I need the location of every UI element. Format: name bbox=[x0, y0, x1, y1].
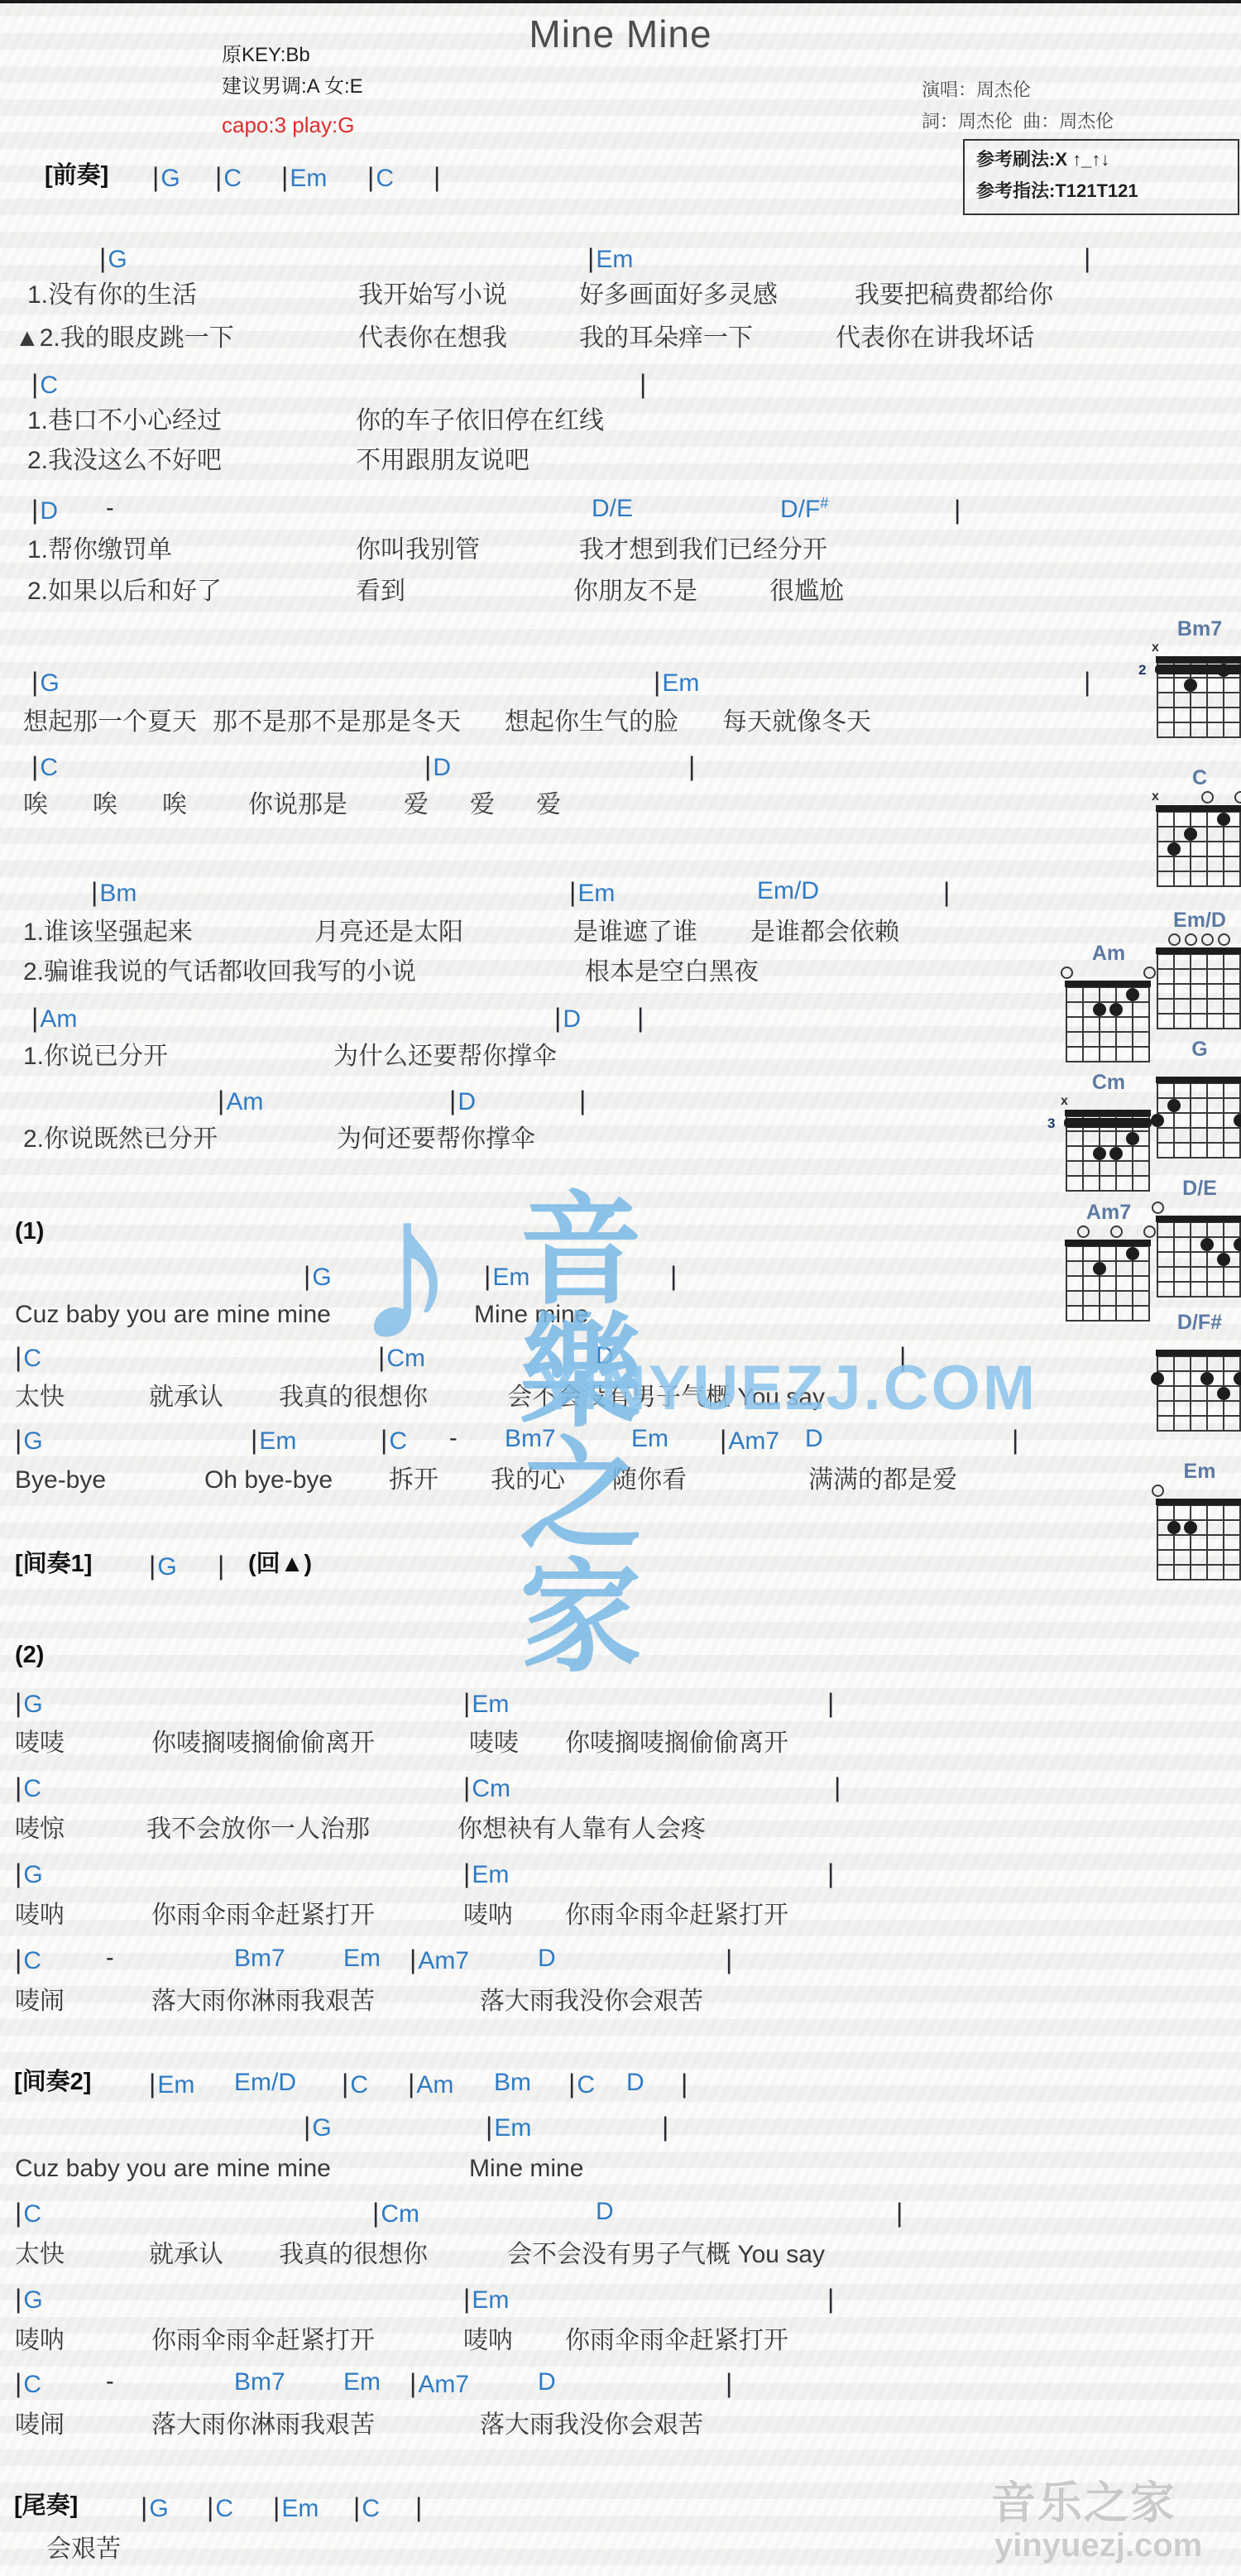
bar-line: | bbox=[15, 2368, 23, 2398]
chord-token: Bm7 bbox=[234, 1945, 285, 1974]
chord-token: |Em bbox=[484, 1261, 529, 1293]
score-line: 2.如果以后和好了看到你朋友不是很尴尬 bbox=[0, 578, 1241, 611]
score-line: |C-Bm7Em|Am7D| bbox=[0, 1945, 1241, 1978]
chord-token: |Am7 bbox=[410, 1945, 469, 1976]
chord-token: | bbox=[1084, 667, 1092, 698]
chord-token: | bbox=[827, 1688, 836, 1720]
lyric-token: 我不会放你一人治那 bbox=[146, 1816, 370, 1844]
lyric-token: 唉 bbox=[23, 791, 48, 820]
chord-token: | bbox=[218, 1551, 226, 1582]
section-label: [前奏] bbox=[45, 162, 108, 189]
bar-line: | bbox=[152, 162, 161, 192]
fretboard-grid bbox=[1066, 1245, 1150, 1322]
suggested-key: 建议男调:A 女:E bbox=[222, 70, 363, 98]
lyric-token: 唛呐 bbox=[463, 2327, 513, 2356]
finger-dot bbox=[1217, 1253, 1230, 1266]
bar-line: | bbox=[486, 2112, 494, 2142]
chord-token: |G bbox=[149, 1551, 177, 1582]
chord-token: |Bm bbox=[91, 877, 137, 909]
score-line: 1.帮你缴罚单你叫我别管我才想到我们已经分开 bbox=[0, 536, 1241, 569]
chord-token: |C bbox=[353, 2492, 380, 2524]
chord-diagram-label: C bbox=[1157, 766, 1241, 790]
bar-line: | bbox=[681, 2069, 689, 2099]
fretboard-grid bbox=[1157, 1082, 1241, 1158]
bar-line: | bbox=[434, 162, 442, 192]
lyric-token: 唛闹 bbox=[15, 2411, 65, 2440]
chord-token: |Em bbox=[251, 1425, 296, 1456]
chord-token: | bbox=[670, 1261, 678, 1293]
section-label: [尾奏] bbox=[14, 2492, 78, 2520]
lyric-token: 你雨伞雨伞赶紧打开 bbox=[565, 2327, 788, 2356]
lyric-token: 太快 bbox=[15, 2241, 65, 2270]
nut-bar bbox=[1156, 805, 1241, 812]
bar-line: | bbox=[149, 2069, 157, 2099]
chord-token: D bbox=[538, 1945, 556, 1974]
score-line: 太快就承认我真的很想你会不会没有男子气概 You say bbox=[0, 2241, 1241, 2274]
chord-token: |C bbox=[31, 369, 58, 401]
finger-dot bbox=[1126, 1132, 1139, 1145]
chord-token: D/E bbox=[592, 495, 633, 524]
lyric-token: 唛呐 bbox=[15, 2327, 65, 2356]
lyric-token: 你雨伞雨伞赶紧打开 bbox=[151, 2327, 375, 2356]
score-line: 1.没有你的生活我开始写小说好多画面好多灵感我要把稿费都给你 bbox=[0, 281, 1241, 314]
chord-token: |C bbox=[367, 162, 394, 194]
finger-dot bbox=[1151, 1114, 1164, 1127]
bar-line: | bbox=[15, 1772, 23, 1802]
finger-dot bbox=[1167, 1099, 1181, 1112]
bar-line: | bbox=[31, 751, 40, 781]
muted-string-marker: x bbox=[1061, 1094, 1068, 1109]
chord-token: |Em bbox=[273, 2492, 319, 2524]
bar-line: | bbox=[654, 667, 662, 697]
lyric-token: 落大雨你淋雨我艰苦 bbox=[151, 2411, 375, 2440]
bar-line: | bbox=[688, 751, 697, 781]
fretboard-grid bbox=[1066, 1115, 1150, 1192]
lyric-token: 太快 bbox=[15, 1384, 65, 1413]
chord-token: D bbox=[805, 1425, 823, 1454]
bar-line: | bbox=[568, 2069, 577, 2099]
finger-dot bbox=[1109, 1147, 1123, 1160]
nut-bar bbox=[1156, 1499, 1241, 1505]
lyric-token: 我的心 bbox=[491, 1466, 565, 1495]
nut-bar bbox=[1065, 1110, 1151, 1116]
chord-token: | bbox=[415, 2492, 424, 2524]
finger-dot bbox=[1217, 813, 1230, 826]
finger-dot bbox=[1093, 1003, 1106, 1016]
lyric-token: Bye-bye bbox=[15, 1466, 106, 1495]
chord-diagram-label: Am7 bbox=[1066, 1201, 1152, 1225]
lyric-token: 拆开 bbox=[389, 1466, 438, 1495]
bar-line: | bbox=[15, 2284, 23, 2314]
chord-token: |C bbox=[342, 2069, 368, 2100]
chord-token: Bm bbox=[494, 2069, 531, 2098]
score-line: |G|Em| bbox=[0, 2112, 1241, 2145]
lyric-token: 代表你在讲我坏话 bbox=[836, 324, 1034, 353]
lyric-token: 落大雨我没你会艰苦 bbox=[480, 2411, 703, 2440]
chord-token: |C bbox=[15, 1772, 41, 1804]
lyric-token: 我真的很想你 bbox=[279, 2241, 428, 2270]
chord-token: | bbox=[681, 2069, 689, 2100]
finger-dot bbox=[1234, 1372, 1241, 1385]
lyric-token: 不用跟朋友说吧 bbox=[356, 447, 529, 476]
chord-token: |Em bbox=[463, 1859, 509, 1890]
score-line: |Bm|EmEm/D| bbox=[0, 877, 1241, 910]
lyric-token: Mine mine bbox=[474, 1301, 588, 1330]
lyric-token: 1.帮你缴罚单 bbox=[27, 536, 172, 565]
lyric-token: 1.没有你的生活 bbox=[27, 281, 197, 310]
finger-dot bbox=[1093, 1147, 1106, 1160]
fretboard-grid bbox=[1157, 1355, 1241, 1432]
lyric-token: 你雨伞雨伞赶紧打开 bbox=[565, 1902, 788, 1931]
score-line: 唛闹落大雨你淋雨我艰苦落大雨我没你会艰苦 bbox=[0, 2411, 1241, 2444]
chord-token: | bbox=[943, 877, 951, 909]
lyric-token: 1.谁该坚强起来 bbox=[23, 919, 193, 947]
bar-line: | bbox=[304, 2112, 312, 2142]
chord-token: Em bbox=[343, 2368, 381, 2397]
bar-line: | bbox=[637, 1003, 645, 1033]
bar-line: | bbox=[554, 1003, 563, 1033]
chord-token: |G bbox=[15, 2284, 43, 2315]
chord-token: Em bbox=[343, 1945, 381, 1974]
lyric-token: 想起你生气的脸 bbox=[505, 708, 678, 737]
open-string-marker bbox=[1143, 1226, 1156, 1238]
chord-token: |C bbox=[15, 1945, 41, 1976]
chord-token: |G bbox=[15, 1425, 43, 1456]
chord-diagram-label: Bm7 bbox=[1157, 617, 1241, 641]
chord-token: | bbox=[640, 369, 648, 401]
writer-credit: 詞：周杰伦 曲：周杰伦 bbox=[922, 108, 1114, 133]
chord-diagram-label: Am bbox=[1066, 942, 1152, 966]
score-line: |C|D| bbox=[0, 751, 1241, 784]
bar-line: | bbox=[463, 1688, 472, 1718]
lyric-token: 2.你说既然已分开 bbox=[23, 1125, 218, 1154]
open-string-marker bbox=[1143, 967, 1156, 979]
lyric-token: 月亮还是太阳 bbox=[314, 919, 463, 947]
bar-line: | bbox=[410, 2368, 418, 2398]
open-string-marker bbox=[1152, 1202, 1164, 1214]
lyric-token: 会艰苦 bbox=[46, 2535, 121, 2564]
bar-line: | bbox=[381, 1425, 389, 1455]
score-line: [间奏2]|EmEm/D|C|AmBm|CD| bbox=[0, 2069, 1241, 2102]
bar-line: | bbox=[662, 2112, 670, 2142]
chord-token: |Em bbox=[654, 667, 699, 698]
finger-dot bbox=[1184, 1521, 1197, 1534]
lyric-token: 看到 bbox=[356, 578, 405, 607]
chord-token: |Em bbox=[569, 877, 615, 909]
chord-token: | bbox=[637, 1003, 645, 1034]
lyric-token: 唛唛 bbox=[15, 1729, 65, 1758]
chord-token: | bbox=[434, 162, 442, 194]
bar-line: | bbox=[726, 1945, 734, 1974]
score-line: 想起那一个夏天那不是那不是那是冬天想起你生气的脸每天就像冬天 bbox=[0, 708, 1241, 741]
chord-token: | bbox=[662, 2112, 670, 2143]
bar-line: | bbox=[827, 1688, 836, 1718]
lyric-token: Cuz baby you are mine mine bbox=[15, 2155, 331, 2184]
lyric-token: 很尴尬 bbox=[769, 578, 844, 607]
lyric-token: 唛唛 bbox=[469, 1729, 519, 1758]
finger-dot bbox=[1200, 1238, 1214, 1251]
section-label: (回▲) bbox=[248, 1551, 312, 1578]
lyric-token: 是谁都会依赖 bbox=[750, 919, 899, 947]
bar-line: | bbox=[943, 877, 951, 907]
bar-line: | bbox=[954, 495, 962, 525]
score-line: |C|CmD| bbox=[0, 1342, 1241, 1375]
bar-line: | bbox=[463, 1859, 472, 1888]
chord-token: |G bbox=[15, 1688, 43, 1720]
chord-token: |Em bbox=[463, 1688, 509, 1720]
bar-line: | bbox=[899, 1342, 908, 1372]
chord-diagram-label: D/E bbox=[1157, 1177, 1241, 1201]
chord-token: |D bbox=[449, 1086, 476, 1117]
lyric-token: 我真的很想你 bbox=[279, 1384, 428, 1413]
lyric-token: 满满的都是爱 bbox=[808, 1466, 957, 1495]
bar-line: | bbox=[273, 2492, 281, 2522]
bar-line: | bbox=[15, 1859, 23, 1888]
muted-string-marker: x bbox=[1152, 789, 1159, 804]
bar-line: | bbox=[31, 369, 40, 399]
chord-token: |C bbox=[381, 1425, 407, 1456]
score-line: 唛惊我不会放你一人治那你想袂有人靠有人会疼 bbox=[0, 1816, 1241, 1849]
chord-token: |G bbox=[15, 1859, 43, 1890]
finger-dot bbox=[1234, 1114, 1241, 1127]
chord-token: |Am7 bbox=[720, 1425, 779, 1456]
score-line: (1) bbox=[0, 1218, 1241, 1251]
lyric-token: 唉 bbox=[93, 791, 117, 820]
score-line: |Am|D| bbox=[0, 1086, 1241, 1119]
section-label: - bbox=[106, 2368, 114, 2396]
fretboard-grid bbox=[1157, 811, 1241, 887]
finger-dot bbox=[1184, 679, 1197, 692]
nut-bar bbox=[1156, 947, 1241, 954]
chord-token: Bm7 bbox=[505, 1425, 556, 1454]
bar-line: | bbox=[569, 877, 577, 907]
open-string-marker bbox=[1218, 933, 1230, 946]
finger-dot bbox=[1126, 988, 1139, 1001]
chord-token: |G bbox=[141, 2492, 169, 2524]
chord-token: |G bbox=[304, 2112, 332, 2143]
corner-watermark-logo: 音乐之家 bbox=[991, 2481, 1176, 2526]
chord-token: |Em bbox=[486, 2112, 531, 2143]
chord-token: | bbox=[827, 2284, 836, 2315]
lyric-token: 就承认 bbox=[149, 2241, 223, 2270]
score-line: |C|CmD| bbox=[0, 2198, 1241, 2231]
bar-line: | bbox=[827, 2284, 836, 2314]
top-border bbox=[0, 0, 1241, 3]
lyric-token: 1.你说已分开 bbox=[23, 1043, 168, 1072]
lyric-token: 那不是那不是那是冬天 bbox=[213, 708, 461, 737]
finger-dot bbox=[1167, 842, 1181, 856]
score-line: |C-Bm7Em|Am7D| bbox=[0, 2368, 1241, 2401]
chord-token: Em/D bbox=[234, 2069, 296, 2098]
lyric-token: 代表你在想我 bbox=[358, 324, 507, 353]
nut-bar bbox=[1065, 1240, 1151, 1246]
capo-info: capo:3 play:G bbox=[222, 113, 354, 138]
singer-credit: 演唱：周杰伦 bbox=[922, 76, 1031, 102]
lyric-token: 1.巷口不小心经过 bbox=[27, 407, 222, 436]
lyric-token: 唛呐 bbox=[15, 1902, 65, 1931]
bar-line: | bbox=[281, 162, 290, 192]
chord-token: | bbox=[896, 2198, 904, 2229]
lyric-token: 是谁遮了谁 bbox=[573, 919, 697, 947]
chord-token: D bbox=[626, 2069, 644, 2098]
fret-position-label: 3 bbox=[1047, 1115, 1055, 1132]
chord-token: |C bbox=[568, 2069, 595, 2100]
chord-diagram-label: Em/D bbox=[1157, 909, 1241, 933]
bar-line: | bbox=[834, 1772, 842, 1802]
chord-token: | bbox=[827, 1859, 836, 1890]
fret-position-label: 2 bbox=[1138, 662, 1146, 679]
bar-line: | bbox=[896, 2198, 904, 2228]
nut-bar bbox=[1156, 1077, 1241, 1083]
score-line: |G|Em|C-Bm7Em|Am7D| bbox=[0, 1425, 1241, 1458]
bar-line: | bbox=[31, 667, 40, 697]
score-line: |G|Em| bbox=[0, 1688, 1241, 1721]
nut-bar bbox=[1156, 656, 1241, 663]
section-label: - bbox=[449, 1425, 458, 1452]
chord-token: | bbox=[834, 1772, 842, 1804]
score-line: ▲2.我的眼皮跳一下代表你在想我我的耳朵痒一下代表你在讲我坏话 bbox=[0, 324, 1241, 357]
chord-token: |D bbox=[554, 1003, 581, 1034]
bar-line: | bbox=[91, 877, 99, 907]
nut-bar bbox=[1065, 981, 1151, 987]
lyric-token: 你说那是 bbox=[248, 791, 347, 820]
bar-line: | bbox=[215, 162, 223, 192]
section-label: [间奏1] bbox=[15, 1551, 92, 1578]
chord-sheet-page: Mine Mine 原KEY:Bb 建议男调:A 女:E capo:3 play… bbox=[0, 0, 1241, 2576]
chord-token: | bbox=[1012, 1425, 1020, 1456]
chord-diagram-label: Cm bbox=[1066, 1071, 1152, 1095]
finger-dot bbox=[1093, 1262, 1106, 1275]
open-string-marker bbox=[1152, 1485, 1164, 1497]
bar-line: | bbox=[207, 2492, 215, 2522]
lyric-token: 2.我没这么不好吧 bbox=[27, 447, 222, 476]
bar-line: | bbox=[670, 1261, 678, 1291]
bar-line: | bbox=[484, 1261, 492, 1291]
lyric-token: 2.如果以后和好了 bbox=[27, 578, 222, 607]
chord-token: |G bbox=[152, 162, 180, 194]
chord-token: |Cm bbox=[378, 1342, 425, 1374]
bar-line: | bbox=[1084, 243, 1092, 273]
score-line: |Am|D| bbox=[0, 1003, 1241, 1036]
lyric-token: 你雨伞雨伞赶紧打开 bbox=[151, 1902, 375, 1931]
chord-token: |G bbox=[304, 1261, 332, 1293]
lyric-token: 唛闹 bbox=[15, 1988, 65, 2017]
finger-dot bbox=[1217, 664, 1230, 677]
chord-diagram-label: D/F# bbox=[1157, 1311, 1241, 1335]
bar-line: | bbox=[31, 495, 40, 525]
bar-line: | bbox=[720, 1425, 728, 1455]
score-line: |D-D/ED/F#| bbox=[0, 495, 1241, 528]
lyric-token: 为何还要帮你撑伞 bbox=[337, 1125, 535, 1154]
score-line: Cuz baby you are mine mineMine mine bbox=[0, 2155, 1241, 2188]
bar-line: | bbox=[251, 1425, 259, 1455]
chord-token: D/F# bbox=[780, 495, 828, 525]
chord-token: |Em bbox=[149, 2069, 194, 2100]
lyric-token: 我才想到我们已经分开 bbox=[579, 536, 827, 565]
lyric-token: ▲2.我的眼皮跳一下 bbox=[15, 324, 234, 353]
bar-line: | bbox=[342, 2069, 350, 2099]
score-line: 唛呐你雨伞雨伞赶紧打开唛呐你雨伞雨伞赶紧打开 bbox=[0, 2327, 1241, 2360]
nut-bar bbox=[1156, 1350, 1241, 1356]
lyric-token: 根本是空白黑夜 bbox=[585, 958, 759, 987]
finger-dot bbox=[1217, 1387, 1230, 1400]
finger-dot bbox=[1234, 1238, 1241, 1251]
chord-token: | bbox=[899, 1342, 908, 1374]
song-title: Mine Mine bbox=[529, 12, 712, 56]
section-label: - bbox=[106, 1945, 114, 1972]
lyric-token: 为什么还要帮你撑伞 bbox=[333, 1043, 557, 1072]
chord-token: |D bbox=[424, 751, 451, 783]
bar-line: | bbox=[424, 751, 433, 781]
score-line: |C|Cm| bbox=[0, 1772, 1241, 1806]
chord-diagram-label: G bbox=[1157, 1038, 1241, 1062]
lyric-token: Oh bye-bye bbox=[204, 1466, 333, 1495]
open-string-marker bbox=[1234, 791, 1241, 804]
bar-line: | bbox=[410, 1945, 418, 1974]
fretboard-grid bbox=[1157, 1221, 1241, 1298]
finger-dot bbox=[1200, 1372, 1214, 1385]
section-label: (2) bbox=[15, 1642, 44, 1669]
bar-line: | bbox=[31, 1003, 40, 1033]
bar-line: | bbox=[367, 162, 376, 192]
score-line: Cuz baby you are mine mineMine mine bbox=[0, 1301, 1241, 1334]
bar-line: | bbox=[415, 2492, 424, 2522]
score-line: 2.我没这么不好吧不用跟朋友说吧 bbox=[0, 447, 1241, 480]
fretboard-grid bbox=[1157, 662, 1241, 738]
lyric-token: 爱 bbox=[404, 791, 429, 820]
finger-dot bbox=[1184, 827, 1197, 841]
corner-watermark-domain: yinyuezj.com bbox=[994, 2529, 1202, 2562]
chord-token: |C bbox=[31, 751, 58, 783]
chord-token: |Am bbox=[218, 1086, 263, 1117]
bar-line: | bbox=[449, 1086, 458, 1115]
bar-line: | bbox=[15, 1945, 23, 1974]
bar-line: | bbox=[15, 1688, 23, 1718]
bar-line: | bbox=[141, 2492, 149, 2522]
section-label: [间奏2] bbox=[14, 2069, 91, 2096]
lyric-token: 我的耳朵痒一下 bbox=[579, 324, 753, 353]
score-line: 唛闹落大雨你淋雨我艰苦落大雨我没你会艰苦 bbox=[0, 1988, 1241, 2021]
open-string-marker bbox=[1201, 933, 1214, 946]
bar-line: | bbox=[463, 1772, 472, 1802]
bar-line: | bbox=[463, 2284, 472, 2314]
score-line: Bye-byeOh bye-bye拆开我的心随你看满满的都是爱 bbox=[0, 1466, 1241, 1499]
barre-bar bbox=[1064, 1118, 1152, 1128]
lyric-token: 唛惊 bbox=[15, 1816, 65, 1844]
chord-token: |Em bbox=[587, 243, 633, 275]
open-string-marker bbox=[1185, 933, 1197, 946]
bar-line: | bbox=[378, 1342, 386, 1372]
chord-token: | bbox=[688, 751, 697, 783]
score-line: [前奏]|G|C|Em|C| bbox=[0, 162, 1241, 195]
lyric-token: 你想袂有人靠有人会疼 bbox=[458, 1816, 706, 1844]
chord-token: | bbox=[954, 495, 962, 526]
score-line: |G|Em| bbox=[0, 2284, 1241, 2317]
lyric-token: 会不会没有男子气概 You say bbox=[507, 2241, 825, 2270]
chord-token: | bbox=[726, 2368, 734, 2400]
score-line: 1.巷口不小心经过你的车子依旧停在红线 bbox=[0, 407, 1241, 440]
fretboard-grid bbox=[1066, 986, 1150, 1063]
lyric-token: 想起那一个夏天 bbox=[23, 708, 197, 737]
lyric-token: 落大雨你淋雨我艰苦 bbox=[151, 1988, 375, 2017]
fretboard-grid bbox=[1157, 1504, 1241, 1581]
finger-dot bbox=[1151, 1372, 1164, 1385]
lyric-token: 你唛搁唛搁偷偷离开 bbox=[151, 1729, 375, 1758]
lyric-token: 唉 bbox=[162, 791, 187, 820]
lyric-token: 你唛搁唛搁偷偷离开 bbox=[565, 1729, 788, 1758]
score-line: |G|Em| bbox=[0, 243, 1241, 276]
open-string-marker bbox=[1077, 1226, 1090, 1238]
